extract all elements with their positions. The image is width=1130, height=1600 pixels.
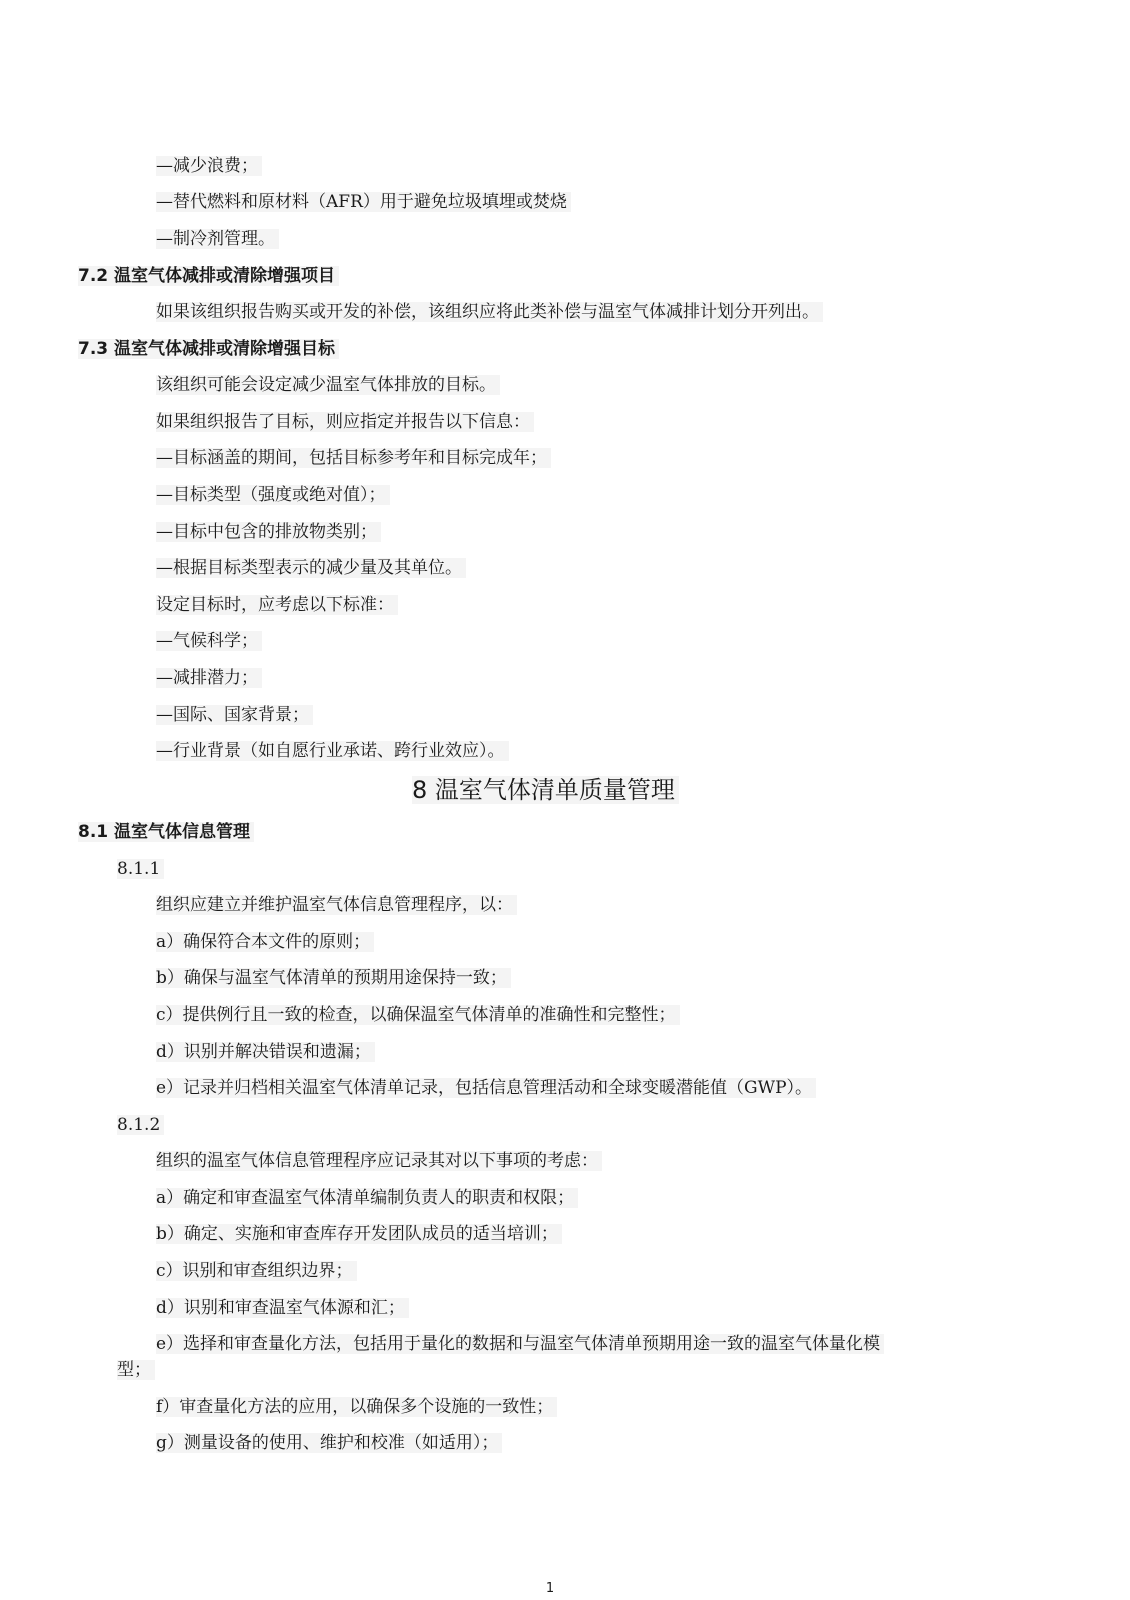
list-item: —替代燃料和原材料（AFR）用于避免垃圾填埋或焚烧: [156, 190, 571, 214]
list-item: —目标涵盖的期间，包括目标参考年和目标完成年；: [156, 446, 551, 470]
list-item: c）识别和审查组织边界；: [156, 1259, 357, 1283]
list-item: —行业背景（如自愿行业承诺、跨行业效应）。: [156, 739, 509, 763]
subsection-heading-8-1-1: 8.1.1: [117, 857, 164, 881]
subsection-heading-8-1-2: 8.1.2: [117, 1113, 164, 1137]
section-heading-7-3: 7.3 温室气体减排或清除增强目标: [78, 337, 339, 361]
paragraph: 组织应建立并维护温室气体信息管理程序，以：: [156, 893, 517, 917]
page-number: 1: [0, 1581, 1100, 1596]
list-item: e）选择和审查量化方法，包括用于量化的数据和与温室气体清单预期用途一致的温室气体…: [156, 1332, 884, 1356]
list-item: —减少浪费；: [156, 154, 262, 178]
section-heading-8-1: 8.1 温室气体信息管理: [78, 820, 254, 844]
list-item: d）识别并解决错误和遗漏；: [156, 1040, 375, 1064]
paragraph: 如果该组织报告购买或开发的补偿，该组织应将此类补偿与温室气体减排计划分开列出。: [156, 300, 823, 324]
list-item: d）识别和审查温室气体源和汇；: [156, 1296, 409, 1320]
list-item: e）记录并归档相关温室气体清单记录，包括信息管理活动和全球变暖潜能值（GWP）。: [156, 1076, 816, 1100]
chapter-heading-8: 8 温室气体清单质量管理: [412, 774, 679, 806]
list-item: g）测量设备的使用、维护和校准（如适用）；: [156, 1431, 502, 1455]
list-item: —减排潜力；: [156, 666, 262, 690]
paragraph: 如果组织报告了目标，则应指定并报告以下信息：: [156, 410, 534, 434]
list-item: —根据目标类型表示的减少量及其单位。: [156, 556, 466, 580]
list-item: c）提供例行且一致的检查，以确保温室气体清单的准确性和完整性；: [156, 1003, 680, 1027]
list-item: —目标类型（强度或绝对值）；: [156, 483, 390, 507]
list-item: —气候科学；: [156, 629, 262, 653]
list-item: f）审查量化方法的应用，以确保多个设施的一致性；: [156, 1395, 557, 1419]
list-item: —目标中包含的排放物类别；: [156, 520, 381, 544]
list-item: a）确定和审查温室气体清单编制负责人的职责和权限；: [156, 1186, 578, 1210]
list-item-continuation: 型；: [117, 1358, 155, 1382]
list-item: a）确保符合本文件的原则；: [156, 930, 374, 954]
section-heading-7-2: 7.2 温室气体减排或清除增强项目: [78, 264, 339, 288]
paragraph: 设定目标时，应考虑以下标准：: [156, 593, 398, 617]
list-item: —国际、国家背景；: [156, 703, 313, 727]
list-item: b）确定、实施和审查库存开发团队成员的适当培训；: [156, 1222, 562, 1246]
paragraph: 该组织可能会设定减少温室气体排放的目标。: [156, 373, 500, 397]
list-item: b）确保与温室气体清单的预期用途保持一致；: [156, 966, 511, 990]
paragraph: 组织的温室气体信息管理程序应记录其对以下事项的考虑：: [156, 1149, 602, 1173]
list-item: —制冷剂管理。: [156, 227, 279, 251]
